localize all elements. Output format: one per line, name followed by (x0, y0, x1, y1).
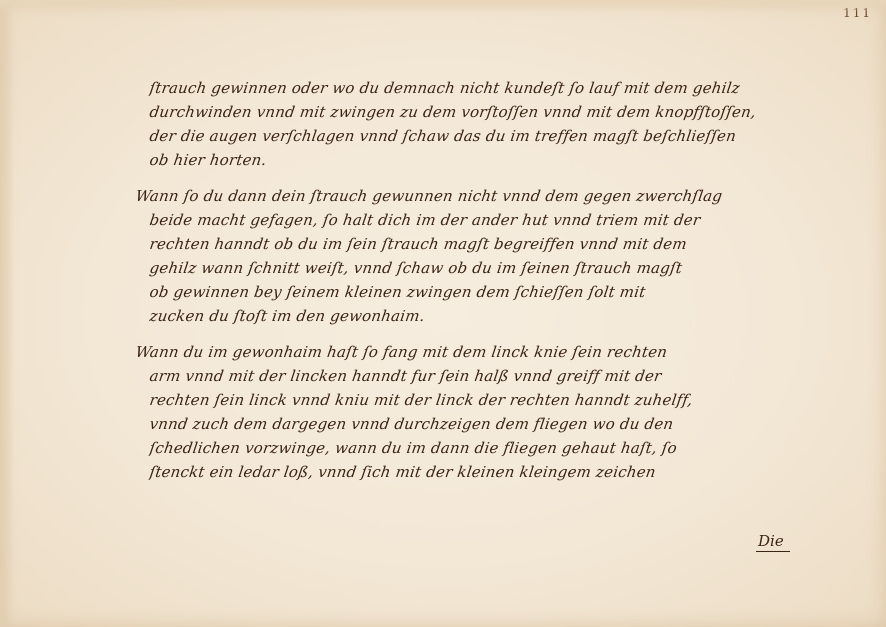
text-line: Wann du im gewonhaim haſt ſo fang mit de… (134, 340, 821, 364)
text-line: durchwinden vnnd mit zwingen zu dem vorſ… (148, 100, 821, 124)
text-line: ſtenckt ein ledar loß, vnnd ſich mit der… (148, 460, 821, 484)
text-line: ob gewinnen bey ſeinem kleinen zwingen d… (148, 280, 821, 304)
text-line: Wann ſo du dann dein ſtrauch gewunnen ni… (134, 184, 821, 208)
paragraph-3: Wann du im gewonhaim haſt ſo fang mit de… (148, 340, 818, 484)
text-line: gehilz wann ſchnitt weiſt, vnnd ſchaw ob… (148, 256, 821, 280)
manuscript-page: 111 ſtrauch gewinnen oder wo du demnach … (0, 0, 886, 627)
text-line: rechten ſein linck vnnd kniu mit der lin… (148, 388, 821, 412)
paragraph-1: ſtrauch gewinnen oder wo du demnach nich… (148, 76, 818, 172)
text-line: beide macht gefagen, ſo halt dich im der… (148, 208, 821, 232)
text-line: zucken du ſtoſt im den gewonhaim. (148, 304, 821, 328)
folio-number: 111 (843, 6, 872, 20)
catchword: Die (756, 532, 790, 552)
text-line: der die augen verſchlagen vnnd ſchaw das… (148, 124, 821, 148)
text-line: ſchedlichen vorzwinge, wann du im dann d… (148, 436, 821, 460)
text-line: rechten hanndt ob du im ſein ſtrauch mag… (148, 232, 821, 256)
text-line: arm vnnd mit der lincken hanndt fur ſein… (148, 364, 821, 388)
text-line: ob hier horten. (148, 148, 821, 172)
text-line: ſtrauch gewinnen oder wo du demnach nich… (148, 76, 821, 100)
paragraph-2: Wann ſo du dann dein ſtrauch gewunnen ni… (148, 184, 818, 328)
text-line: vnnd zuch dem dargegen vnnd durchzeigen … (148, 412, 821, 436)
manuscript-text-block: ſtrauch gewinnen oder wo du demnach nich… (148, 76, 818, 496)
